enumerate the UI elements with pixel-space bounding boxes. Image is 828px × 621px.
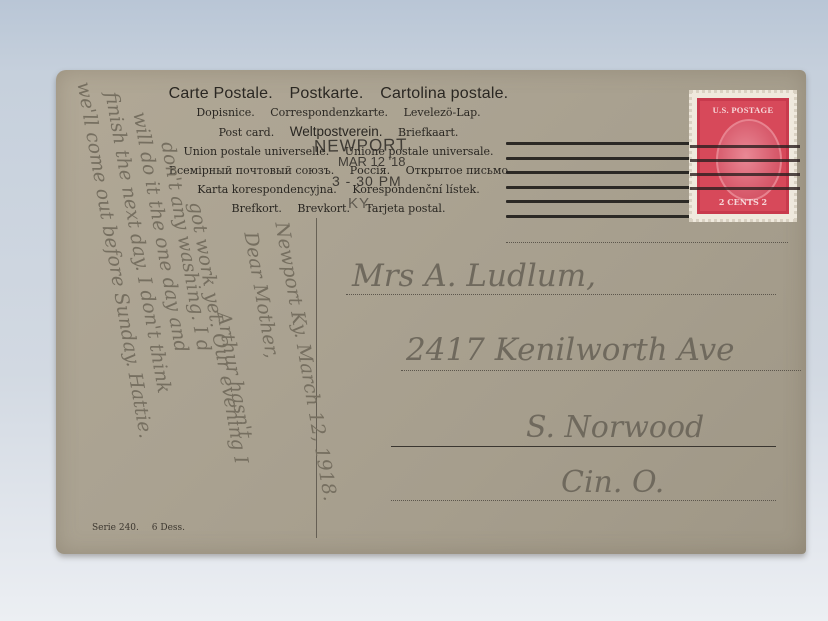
series-label: Serie 240. 6 Dess. [92,523,195,533]
header-text: Post card. [219,126,275,139]
address-rule [391,500,776,501]
series-number: Serie 240. [92,523,139,533]
postmark-state: KY. [348,195,408,212]
header-text: Cartolina postale. [380,85,508,102]
address-rule [506,242,788,243]
header-text: Dopisnice. [196,106,254,119]
header-text: Correspondenzkarte. [270,106,388,119]
address-line-3: S. Norwood [526,410,704,445]
address-rule [346,294,776,295]
postmark-city: NEWPORT [314,135,408,157]
header-text: Brefkort. [232,202,282,215]
stamp-cancel-lines [690,145,800,201]
address-line-1: Mrs A. Ludlum, [352,258,596,294]
postmark-date: MAR 12 '18 [338,154,408,169]
address-line-4: Cin. O. [561,465,664,500]
series-design: 6 Dess. [152,523,185,533]
header-text: Levelezö-Lap. [404,106,481,119]
header-text: Открытое письмо [406,164,508,177]
address-line-2: 2417 Kenilworth Ave [406,332,735,368]
postmark-time: 3 - 30 PM [332,173,408,189]
message-line: Newport Ky. March 12, 1918. [270,220,341,503]
address-rule [401,370,801,371]
postmark: NEWPORT MAR 12 '18 3 - 30 PM KY. [314,136,408,212]
header-row-1: Carte Postale. Postkarte. Cartolina post… [56,84,566,103]
stamp-face: U.S. POSTAGE 2 CENTS 2 [697,98,789,214]
address-rule [391,446,776,447]
header-text: Carte Postale. [169,85,273,102]
header-text: Union postale universelle. [183,145,329,158]
header-text: Всемірный почтовый союзъ. [169,164,334,177]
stamp-top-text: U.S. POSTAGE [700,105,786,115]
postage-stamp: U.S. POSTAGE 2 CENTS 2 [689,90,797,222]
postcard: Carte Postale. Postkarte. Cartolina post… [56,70,806,554]
header-text: Postkarte. [290,85,364,102]
